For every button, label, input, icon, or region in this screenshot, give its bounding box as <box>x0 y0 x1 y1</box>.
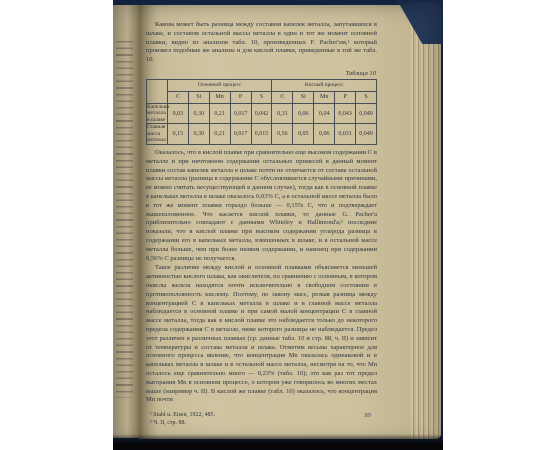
column-header: S <box>251 91 272 103</box>
table-cell: 0,21 <box>209 124 230 145</box>
table-cell: 0,21 <box>209 103 230 124</box>
table-cell: 0,043 <box>335 103 356 124</box>
table-cell: 0,30 <box>188 124 209 145</box>
photo-canvas: Какова может быть разница между составом… <box>0 0 550 450</box>
column-header: Si <box>293 91 314 103</box>
book-page: Какова может быть разница между составом… <box>139 5 417 439</box>
book-bottom-shadow <box>113 434 443 450</box>
body-paragraph-3: Такое различие между кислой и основной п… <box>146 264 377 405</box>
table-cell: 0,042 <box>251 103 272 124</box>
column-header: P <box>335 91 356 103</box>
column-header: S <box>356 91 377 103</box>
table-cell: 0,017 <box>230 124 251 145</box>
table-row: Главная масса металла 0,15 0,30 0,21 0,0… <box>147 124 377 145</box>
footnote-2: ² Ч. II, стр. 88. <box>150 419 377 427</box>
table-cell: 0,30 <box>188 103 209 124</box>
column-header: P <box>230 91 251 103</box>
column-header: C <box>272 91 293 103</box>
column-header: Mn <box>209 91 230 103</box>
table-cell: 0,03 <box>167 103 188 124</box>
table-cell: 0,04 <box>314 103 335 124</box>
table-cell: 0,049 <box>356 124 377 145</box>
page-number: 89 <box>365 412 372 419</box>
table-cell: 0,15 <box>167 124 188 145</box>
fore-edge-pages <box>411 3 441 439</box>
table-cell: 0,049 <box>356 103 377 124</box>
table-cell: 0,06 <box>293 103 314 124</box>
table-column-header-row: C Si Mn P S C Si Mn P S <box>147 91 377 103</box>
book-photo: Какова может быть разница между составом… <box>113 0 443 450</box>
column-header: Si <box>188 91 209 103</box>
table-cell: 0,31 <box>272 103 293 124</box>
group-header-acid: Кислый процесс <box>272 79 377 91</box>
table-cell: 0,017 <box>230 103 251 124</box>
table-caption: Таблица 10 <box>146 70 376 77</box>
footnotes: ¹ Stahl u. Eisen, 1922, 485. ² Ч. II, ст… <box>150 411 377 427</box>
intro-paragraph: Какова может быть разница между составом… <box>146 21 377 65</box>
facing-page-gutter-strip <box>113 5 139 438</box>
table-cell: 0,05 <box>293 124 314 145</box>
column-header: Mn <box>314 91 335 103</box>
row-label: Капельки металла в шлаке <box>147 103 168 124</box>
page-content: Какова может быть разница между составом… <box>139 5 417 428</box>
column-header: C <box>167 91 188 103</box>
analysis-table: Основной процесс Кислый процесс C Si Mn … <box>146 79 377 145</box>
table-group-header-row: Основной процесс Кислый процесс <box>147 79 377 91</box>
row-label-header <box>147 79 168 103</box>
table-cell: 0,031 <box>335 124 356 145</box>
table-cell: 0,015 <box>251 124 272 145</box>
table-row: Капельки металла в шлаке 0,03 0,30 0,21 … <box>147 103 377 124</box>
table-cell: 0,56 <box>272 124 293 145</box>
footnote-1: ¹ Stahl u. Eisen, 1922, 485. <box>150 411 377 419</box>
group-header-basic: Основной процесс <box>167 79 272 91</box>
body-paragraph-2: Оказалось, что в кислой плавке при сравн… <box>146 149 377 263</box>
row-label: Главная масса металла <box>147 124 168 145</box>
table-cell: 0,06 <box>314 124 335 145</box>
